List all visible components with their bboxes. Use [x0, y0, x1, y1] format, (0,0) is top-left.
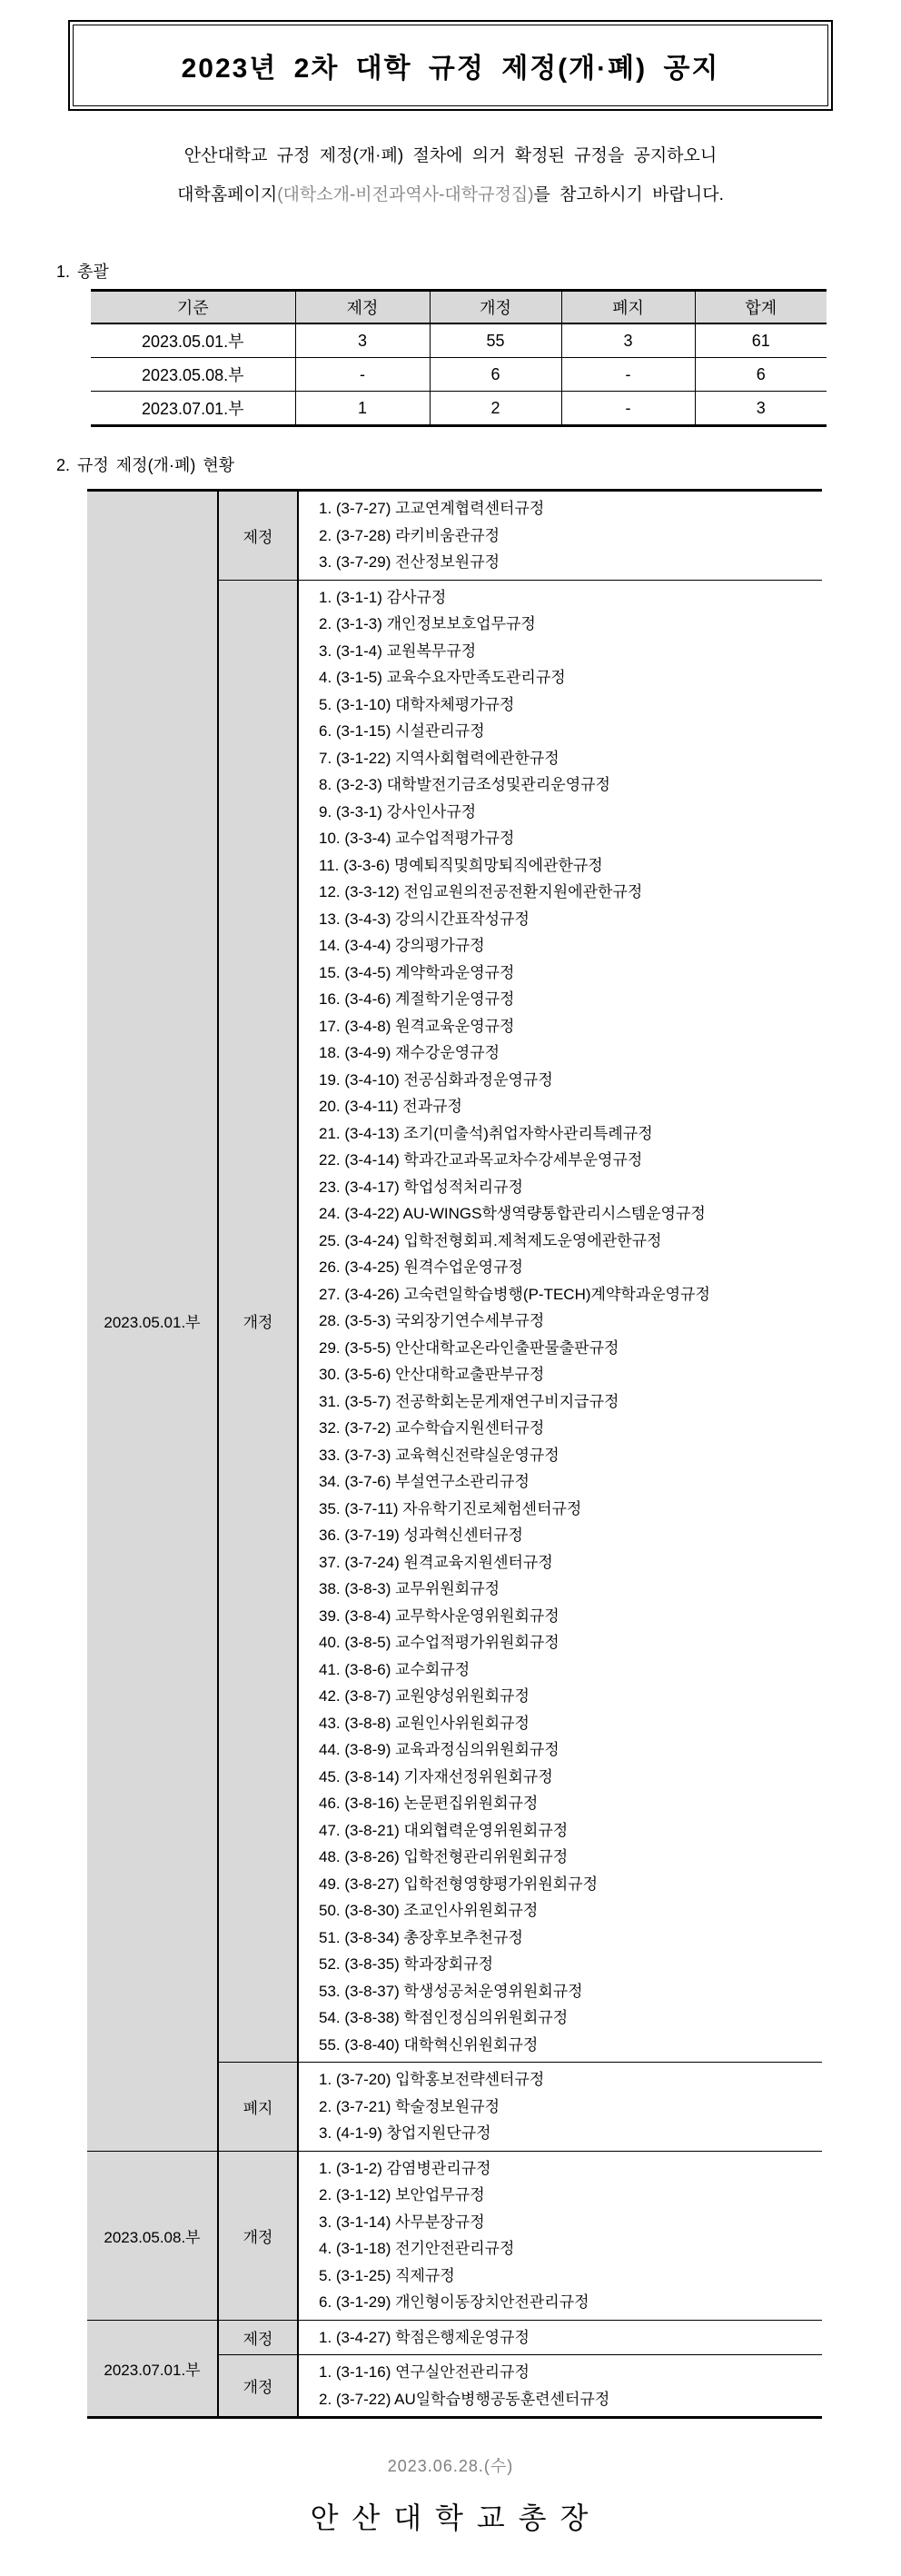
regulation-item: 24. (3-4-22) AU-WINGS학생역량통합관리시스템운영규정	[319, 1200, 822, 1228]
regulation-item: 48. (3-8-26) 입학전형관리위원회규정	[319, 1844, 822, 1871]
regulation-item: 17. (3-4-8) 원격교육운영규정	[319, 1013, 822, 1040]
regulation-item: 10. (3-3-4) 교수업적평가규정	[319, 825, 822, 852]
regulation-item: 2. (3-1-12) 보안업무규정	[319, 2182, 822, 2209]
status-items-cell: 1. (3-1-16) 연구실안전관리규정2. (3-7-22) AU일학습병행…	[298, 2355, 822, 2418]
regulation-item: 11. (3-3-6) 명예퇴직및희망퇴직에관한규정	[319, 852, 822, 880]
regulation-item: 21. (3-4-13) 조기(미출석)취업자학사관리특례규정	[319, 1120, 822, 1148]
regulation-item: 9. (3-3-1) 강사인사규정	[319, 799, 822, 826]
regulation-item: 40. (3-8-5) 교수업적평가위원회규정	[319, 1629, 822, 1656]
overview-date-cell: 2023.07.01.부	[91, 392, 295, 426]
regulation-item: 5. (3-1-10) 대학자체평가규정	[319, 691, 822, 719]
regulation-item: 47. (3-8-21) 대외협력운영위원회규정	[319, 1817, 822, 1845]
regulation-item: 36. (3-7-19) 성과혁신센터규정	[319, 1522, 822, 1549]
status-table: 2023.05.01.부제정1. (3-7-27) 고교연계협력센터규정2. (…	[87, 489, 822, 2419]
regulation-item: 44. (3-8-9) 교육과정심의위원회규정	[319, 1736, 822, 1764]
homepage-menu-path: (대학소개-비전과역사-대학규정집)	[277, 185, 533, 204]
status-section-row: 2023.05.08.부개정1. (3-1-2) 감염병관리규정2. (3-1-…	[87, 2151, 822, 2320]
regulation-item: 2. (3-7-22) AU일학습병행공동훈련센터규정	[319, 2386, 822, 2413]
overview-column-header: 합계	[695, 291, 827, 324]
regulation-item: 2. (3-7-28) 라키비움관규정	[319, 522, 822, 550]
regulation-item: 5. (3-1-25) 직제규정	[319, 2263, 822, 2290]
section1-heading: 1. 총괄	[56, 259, 109, 283]
overview-column-header: 폐지	[561, 291, 695, 324]
regulation-item: 39. (3-8-4) 교무학사운영위원회규정	[319, 1603, 822, 1630]
status-section-row: 2023.07.01.부제정1. (3-4-27) 학점은행제운영규정	[87, 2320, 822, 2355]
status-type-cell: 개정	[218, 2355, 298, 2418]
regulation-item: 30. (3-5-6) 안산대학교출판부규정	[319, 1361, 822, 1388]
regulation-item: 33. (3-7-3) 교육혁신전략실운영규정	[319, 1442, 822, 1469]
overview-header-row: 기준제정개정폐지합계	[91, 291, 827, 324]
intro-line-2: 대학홈페이지(대학소개-비전과역사-대학규정집)를 참고하시기 바랍니다.	[0, 181, 901, 205]
president-signature: 안 산 대 학 교 총 장	[0, 2495, 901, 2537]
overview-date-cell: 2023.05.01.부	[91, 323, 295, 358]
regulation-item: 1. (3-1-2) 감염병관리규정	[319, 2155, 822, 2183]
intro-line-1: 안산대학교 규정 제정(개·폐) 절차에 의거 확정된 규정을 공지하오니	[0, 142, 901, 166]
overview-table: 기준제정개정폐지합계 2023.05.01.부3553612023.05.08.…	[91, 289, 827, 427]
regulation-item: 29. (3-5-5) 안산대학교온라인출판물출판규정	[319, 1335, 822, 1362]
regulation-item: 14. (3-4-4) 강의평가규정	[319, 932, 822, 960]
intro-line-2-suffix: 를 참고하시기 바랍니다.	[534, 185, 724, 204]
status-type-cell: 폐지	[218, 2063, 298, 2152]
overview-column-header: 제정	[295, 291, 430, 324]
regulation-item: 1. (3-4-27) 학점은행제운영규정	[319, 2324, 822, 2352]
overview-count-cell: 2	[430, 392, 561, 426]
status-items-cell: 1. (3-1-2) 감염병관리규정2. (3-1-12) 보안업무규정3. (…	[298, 2151, 822, 2320]
overview-count-cell: 6	[430, 358, 561, 392]
overview-row: 2023.07.01.부12-3	[91, 392, 827, 426]
regulation-item: 12. (3-3-12) 전임교원의전공전환지원에관한규정	[319, 879, 822, 906]
overview-count-cell: 61	[695, 323, 827, 358]
status-items-cell: 1. (3-4-27) 학점은행제운영규정	[298, 2320, 822, 2355]
regulation-item: 1. (3-1-16) 연구실안전관리규정	[319, 2359, 822, 2386]
regulation-item: 4. (3-1-18) 전기안전관리규정	[319, 2235, 822, 2263]
regulation-item: 7. (3-1-22) 지역사회협력에관한규정	[319, 745, 822, 772]
regulation-item: 31. (3-5-7) 전공학회논문게재연구비지급규정	[319, 1388, 822, 1416]
regulation-item: 51. (3-8-34) 총장후보추천규정	[319, 1925, 822, 1952]
status-type-cell: 개정	[218, 580, 298, 2063]
regulation-item: 54. (3-8-38) 학점인정심의위원회규정	[319, 2004, 822, 2032]
status-section-row: 2023.05.01.부제정1. (3-7-27) 고교연계협력센터규정2. (…	[87, 491, 822, 581]
regulation-item: 18. (3-4-9) 재수강운영규정	[319, 1039, 822, 1067]
regulation-item: 26. (3-4-25) 원격수업운영규정	[319, 1254, 822, 1281]
overview-count-cell: -	[561, 358, 695, 392]
regulation-item: 15. (3-4-5) 계약학과운영규정	[319, 960, 822, 987]
title-box: 2023년 2차 대학 규정 제정(개·폐) 공지	[68, 20, 833, 111]
overview-count-cell: 3	[295, 323, 430, 358]
overview-count-cell: 55	[430, 323, 561, 358]
regulation-item: 49. (3-8-27) 입학전형영향평가위원회규정	[319, 1871, 822, 1898]
regulation-item: 28. (3-5-3) 국외장기연수세부규정	[319, 1308, 822, 1335]
regulation-item: 41. (3-8-6) 교수회규정	[319, 1656, 822, 1684]
regulation-item: 53. (3-8-37) 학생성공처운영위원회규정	[319, 1978, 822, 2005]
regulation-item: 55. (3-8-40) 대학혁신위원회규정	[319, 2032, 822, 2059]
regulation-item: 6. (3-1-15) 시설관리규정	[319, 718, 822, 745]
overview-count-cell: 1	[295, 392, 430, 426]
status-items-cell: 1. (3-7-20) 입학홍보전략센터규정2. (3-7-21) 학술정보원규…	[298, 2063, 822, 2152]
regulation-item: 13. (3-4-3) 강의시간표작성규정	[319, 906, 822, 933]
regulation-item: 3. (3-7-29) 전산정보원규정	[319, 549, 822, 576]
regulation-item: 45. (3-8-14) 기자재선정위원회규정	[319, 1764, 822, 1791]
regulation-item: 1. (3-7-20) 입학홍보전략센터규정	[319, 2066, 822, 2094]
status-type-cell: 제정	[218, 491, 298, 581]
status-date-cell: 2023.07.01.부	[87, 2320, 218, 2418]
regulation-item: 3. (3-1-14) 사무분장규정	[319, 2209, 822, 2236]
regulation-item: 38. (3-8-3) 교무위원회규정	[319, 1576, 822, 1603]
overview-date-cell: 2023.05.08.부	[91, 358, 295, 392]
section2-heading: 2. 규정 제정(개·폐) 현황	[56, 453, 234, 476]
regulation-item: 50. (3-8-30) 조교인사위원회규정	[319, 1897, 822, 1925]
regulation-item: 3. (3-1-4) 교원복무규정	[319, 638, 822, 665]
regulation-item: 35. (3-7-11) 자유학기진로체험센터규정	[319, 1496, 822, 1523]
status-type-cell: 제정	[218, 2320, 298, 2355]
notice-document: 2023년 2차 대학 규정 제정(개·폐) 공지 안산대학교 규정 제정(개·…	[0, 0, 901, 2576]
status-items-cell: 1. (3-1-1) 감사규정2. (3-1-3) 개인정보보호업무규정3. (…	[298, 580, 822, 2063]
regulation-item: 34. (3-7-6) 부설연구소관리규정	[319, 1468, 822, 1496]
overview-column-header: 개정	[430, 291, 561, 324]
regulation-item: 16. (3-4-6) 계절학기운영규정	[319, 986, 822, 1013]
overview-count-cell: -	[561, 392, 695, 426]
footer-date: 2023.06.28.(수)	[0, 2453, 901, 2477]
status-date-cell: 2023.05.01.부	[87, 491, 218, 2152]
regulation-item: 23. (3-4-17) 학업성적처리규정	[319, 1174, 822, 1201]
regulation-item: 3. (4-1-9) 창업지원단규정	[319, 2120, 822, 2147]
intro-homepage-label: 대학홈페이지	[177, 185, 277, 204]
overview-row: 2023.05.01.부355361	[91, 323, 827, 358]
overview-count-cell: 6	[695, 358, 827, 392]
regulation-item: 43. (3-8-8) 교원인사위원회규정	[319, 1710, 822, 1737]
overview-column-header: 기준	[91, 291, 295, 324]
overview-count-cell: 3	[695, 392, 827, 426]
regulation-item: 52. (3-8-35) 학과장회규정	[319, 1951, 822, 1978]
regulation-item: 25. (3-4-24) 입학전형회피.제척제도운영에관한규정	[319, 1228, 822, 1255]
overview-count-cell: -	[295, 358, 430, 392]
regulation-item: 1. (3-1-1) 감사규정	[319, 584, 822, 612]
regulation-item: 8. (3-2-3) 대학발전기금조성및관리운영규정	[319, 771, 822, 799]
regulation-item: 37. (3-7-24) 원격교육지원센터규정	[319, 1549, 822, 1576]
page-title: 2023년 2차 대학 규정 제정(개·폐) 공지	[182, 45, 720, 85]
regulation-item: 20. (3-4-11) 전과규정	[319, 1093, 822, 1120]
regulation-item: 4. (3-1-5) 교육수요자만족도관리규정	[319, 664, 822, 691]
regulation-item: 27. (3-4-26) 고숙련일학습병행(P-TECH)계약학과운영규정	[319, 1281, 822, 1308]
regulation-item: 1. (3-7-27) 고교연계협력센터규정	[319, 495, 822, 522]
status-type-cell: 개정	[218, 2151, 298, 2320]
status-items-cell: 1. (3-7-27) 고교연계협력센터규정2. (3-7-28) 라키비움관규…	[298, 491, 822, 581]
regulation-item: 32. (3-7-2) 교수학습지원센터규정	[319, 1415, 822, 1442]
regulation-item: 46. (3-8-16) 논문편집위원회규정	[319, 1790, 822, 1817]
title-box-inner-rule: 2023년 2차 대학 규정 제정(개·폐) 공지	[73, 25, 828, 106]
regulation-item: 2. (3-7-21) 학술정보원규정	[319, 2094, 822, 2121]
regulation-item: 2. (3-1-3) 개인정보보호업무규정	[319, 611, 822, 638]
status-date-cell: 2023.05.08.부	[87, 2151, 218, 2320]
regulation-item: 22. (3-4-14) 학과간교과목교차수강세부운영규정	[319, 1147, 822, 1174]
overview-row: 2023.05.08.부-6-6	[91, 358, 827, 392]
regulation-item: 6. (3-1-29) 개인형이동장치안전관리규정	[319, 2289, 822, 2316]
regulation-item: 19. (3-4-10) 전공심화과정운영규정	[319, 1067, 822, 1094]
regulation-item: 42. (3-8-7) 교원양성위원회규정	[319, 1683, 822, 1710]
overview-count-cell: 3	[561, 323, 695, 358]
